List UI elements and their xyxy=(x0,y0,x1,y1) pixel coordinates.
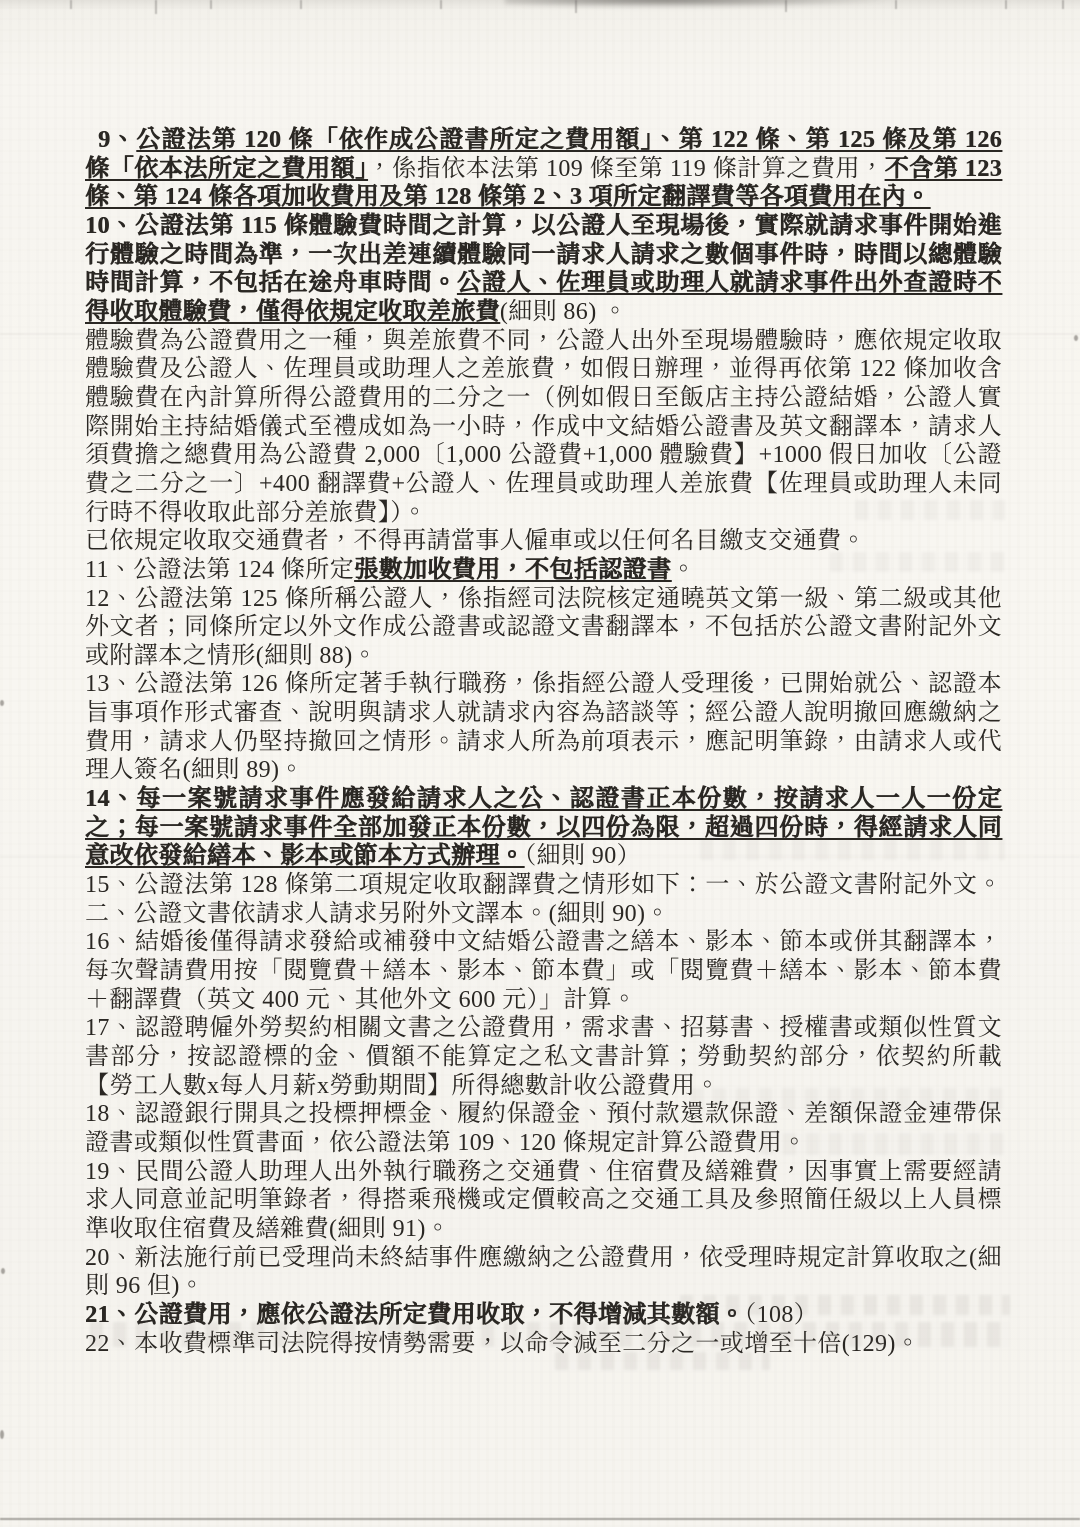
document-body: 9、公證法第 120 條「依作成公證書所定之費用額」、第 122 條、第 125… xyxy=(85,126,1002,1358)
scan-top-shade xyxy=(0,0,1080,10)
scan-tick xyxy=(440,0,442,9)
para-item-16: 16、結婚後僅得請求發給或補發中文結婚公證書之繕本、影本、節本或併其翻譯本，每次… xyxy=(85,928,1002,1014)
para-note-transport-fee: 已依規定收取交通費者，不得再請當事人僱車或以任何名目繳支交通費。 xyxy=(85,527,1002,556)
text-segment: 11、公證法第 124 條所定 xyxy=(85,557,354,583)
text-segment: 15、公證法第 128 條第二項規定收取翻譯費之情形如下：一、於公證文書附記外文… xyxy=(85,872,1002,927)
text-segment: 12、公證法第 125 條所稱公證人，係指經司法院核定通曉英文第一級、第二級或其… xyxy=(85,586,1002,669)
para-item-18: 18、認證銀行開具之投標押標金、履約保證金、預付款還款保證、差額保證金連帶保證書… xyxy=(85,1100,1002,1157)
para-item-15: 15、公證法第 128 條第二項規定收取翻譯費之情形如下：一、於公證文書附記外文… xyxy=(85,871,1002,928)
text-segment: 已依規定收取交通費者，不得再請當事人僱車或以任何名目繳支交通費。 xyxy=(85,528,866,554)
text-segment: 20、新法施行前已受理尚未終結事件應繳納之公證費用，依受理時規定計算收取之(細則… xyxy=(85,1245,1002,1300)
para-item-14: 14、每一案號請求事件應發給請求人之公、認證書正本份數，按請求人一人一份定之；每… xyxy=(85,785,1002,871)
para-item-9: 9、公證法第 120 條「依作成公證書所定之費用額」、第 122 條、第 125… xyxy=(85,126,1002,212)
scan-tick xyxy=(1062,0,1064,9)
scan-tick xyxy=(155,0,157,14)
text-segment: 體驗費為公證費用之一種，與差旅費不同，公證人出外至現場體驗時，應依規定收取體驗費… xyxy=(85,328,1002,526)
para-item-11: 11、公證法第 124 條所定張數加收費用，不包括認證書。 xyxy=(85,556,1002,585)
para-item-12: 12、公證法第 125 條所稱公證人，係指經司法院核定通曉英文第一級、第二級或其… xyxy=(85,585,1002,671)
para-item-17: 17、認證聘僱外勞契約相關文書之公證費用，需求書、招募書、授權書或類似性質文書部… xyxy=(85,1014,1002,1100)
scan-speck xyxy=(0,1430,4,1439)
text-segment: 21、 xyxy=(85,1302,134,1328)
text-segment: 14、 xyxy=(85,786,136,812)
text-segment: 。 xyxy=(671,557,695,583)
scan-top-smudge xyxy=(505,0,895,8)
text-segment: (細則 86) 。 xyxy=(500,299,628,325)
text-segment: 10、 xyxy=(85,213,135,239)
para-item-10: 10、公證法第 115 條體驗費時間之計算，以公證人至現場後，實際就請求事件開始… xyxy=(85,212,1002,327)
para-item-21: 21、公證費用，應依公證法所定費用收取，不得增減其數額。（108） xyxy=(85,1301,1002,1330)
scan-speck xyxy=(0,700,4,706)
para-note-experience-fee: 體驗費為公證費用之一種，與差旅費不同，公證人出外至現場體驗時，應依規定收取體驗費… xyxy=(85,327,1002,528)
para-item-19: 19、民間公證人助理人出外執行職務之交通費、住宿費及繕雜費，因事實上需要經請求人… xyxy=(85,1158,1002,1244)
text-segment: （細則 90） xyxy=(524,843,641,869)
scan-tick xyxy=(70,0,72,9)
scanned-document-page: 9、公證法第 120 條「依作成公證書所定之費用額」、第 122 條、第 125… xyxy=(0,0,1080,1527)
text-segment: 17、認證聘僱外勞契約相關文書之公證費用，需求書、招募書、授權書或類似性質文書部… xyxy=(85,1015,1002,1098)
scan-tick xyxy=(785,0,787,12)
text-segment: 9、 xyxy=(98,127,136,153)
scan-speck xyxy=(1074,335,1078,341)
scan-tick xyxy=(300,0,302,9)
scan-tick xyxy=(1005,0,1007,9)
para-item-13: 13、公證法第 126 條所定著手執行職務，係指經公證人受理後，已開始就公、認證… xyxy=(85,670,1002,785)
text-segment: 22、本收費標準司法院得按情勢需要，以命令減至二分之一或增至十倍(129)。 xyxy=(85,1331,920,1357)
text-segment: （108） xyxy=(744,1302,818,1328)
text-segment: 19、民間公證人助理人出外執行職務之交通費、住宿費及繕雜費，因事實上需要經請求人… xyxy=(85,1159,1002,1242)
para-item-20: 20、新法施行前已受理尚未終結事件應繳納之公證費用，依受理時規定計算收取之(細則… xyxy=(85,1244,1002,1301)
scan-tick xyxy=(210,0,212,9)
text-segment: 16、結婚後僅得請求發給或補發中文結婚公證書之繕本、影本、節本或併其翻譯本，每次… xyxy=(85,929,1002,1012)
scan-tick xyxy=(575,0,577,13)
text-segment: ，係指依本法第 109 條至第 119 條計算之費用， xyxy=(368,156,885,182)
scan-speck xyxy=(1,1268,5,1274)
text-segment: 18、認證銀行開具之投標押標金、履約保證金、預付款還款保證、差額保證金連帶保證書… xyxy=(85,1101,1002,1156)
text-segment: 13、公證法第 126 條所定著手執行職務，係指經公證人受理後，已開始就公、認證… xyxy=(85,671,1002,783)
para-item-22: 22、本收費標準司法院得按情勢需要，以命令減至二分之一或增至十倍(129)。 xyxy=(85,1330,1002,1359)
scan-bottom-edge-line xyxy=(0,1518,1080,1520)
scan-tick xyxy=(895,0,897,9)
text-segment: 張數加收費用，不包括認證書 xyxy=(354,557,671,583)
text-segment: 公證費用，應依公證法所定費用收取，不得增減其數額。 xyxy=(134,1302,744,1328)
